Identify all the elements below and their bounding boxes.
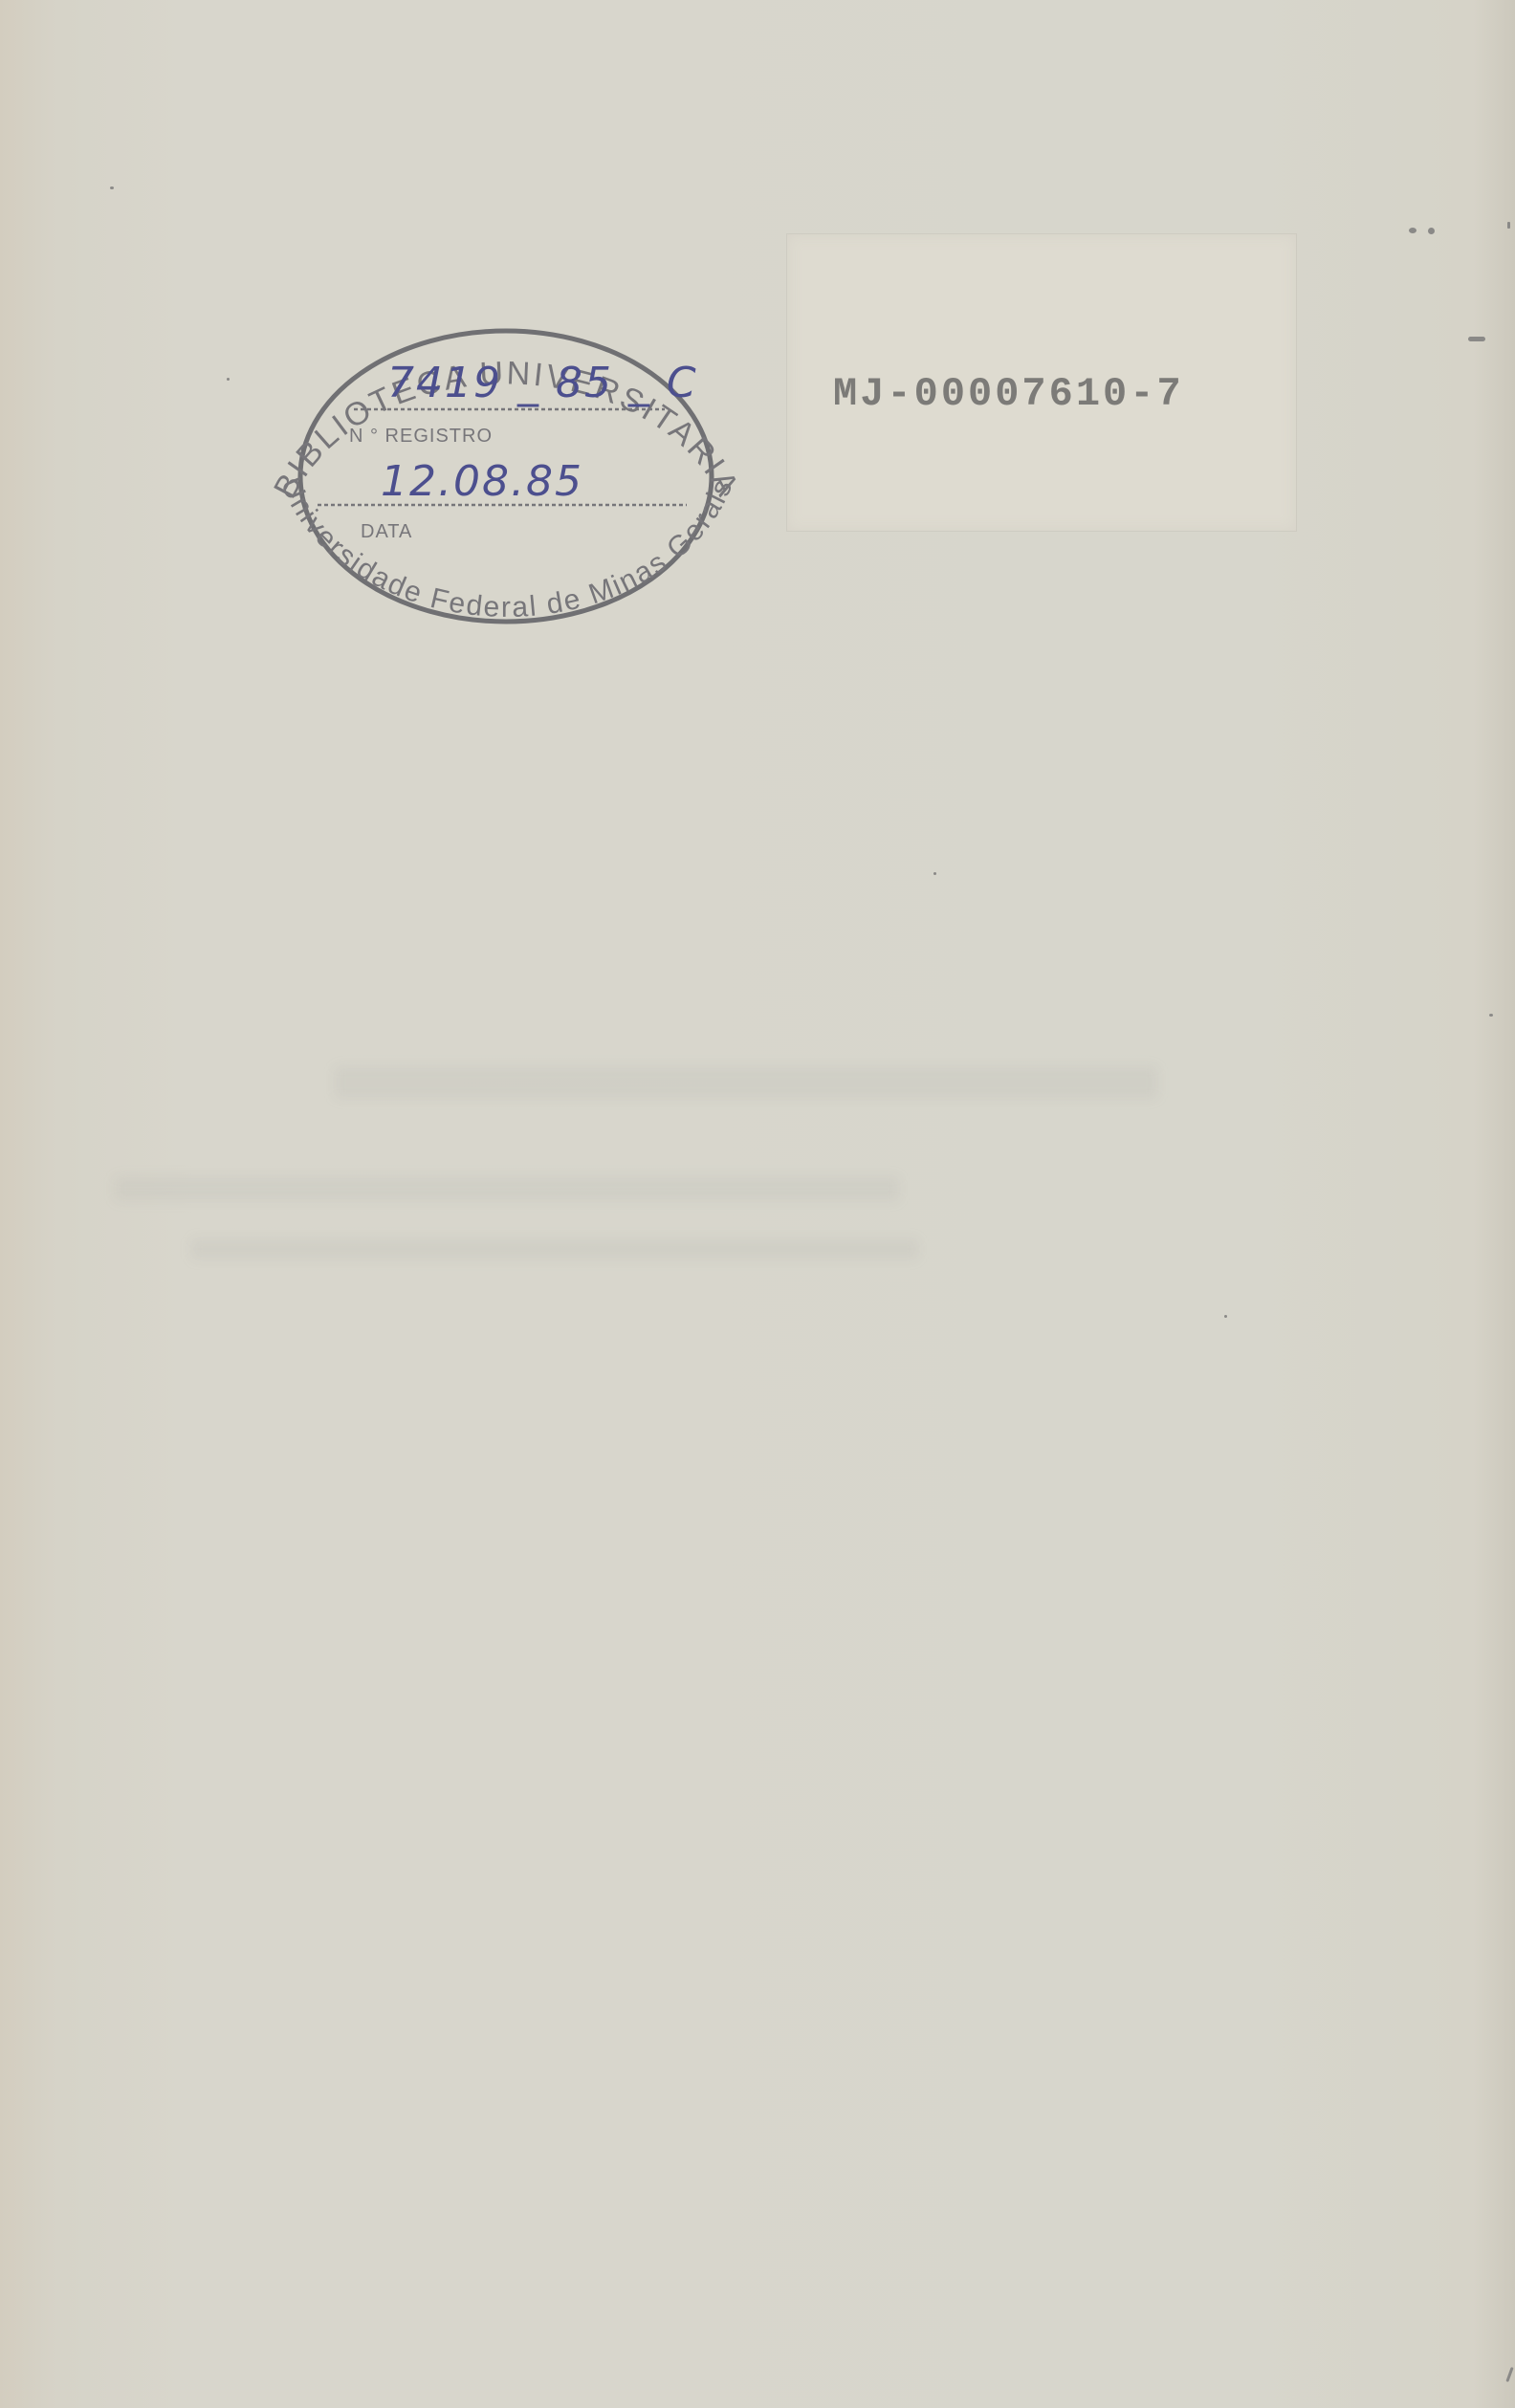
library-stamp: BIBLIOTECA UNIVERSITARIA Universidade Fe… bbox=[258, 287, 756, 669]
registration-value: 7419 _ 85 _ C bbox=[387, 359, 698, 407]
bleed-through-line bbox=[115, 1176, 899, 1201]
ink-speck bbox=[227, 378, 230, 381]
ink-speck bbox=[110, 186, 114, 189]
ink-speck bbox=[1468, 337, 1485, 341]
date-value: 12.08.85 bbox=[381, 457, 583, 506]
ink-speck bbox=[1505, 2367, 1513, 2382]
ink-speck bbox=[1409, 228, 1416, 233]
catalog-code: MJ-00007610-7 bbox=[833, 371, 1184, 417]
ink-speck bbox=[1224, 1315, 1227, 1318]
date-label: DATA bbox=[361, 521, 412, 542]
bleed-through-line bbox=[191, 1238, 918, 1259]
ink-speck bbox=[1507, 222, 1510, 229]
catalog-label: MJ-00007610-7 bbox=[787, 234, 1296, 531]
ink-speck bbox=[1489, 1014, 1493, 1017]
ink-speck bbox=[1428, 228, 1435, 234]
bleed-through-line bbox=[335, 1066, 1157, 1099]
ink-speck bbox=[933, 872, 936, 875]
registration-label: N ° REGISTRO bbox=[349, 426, 493, 447]
